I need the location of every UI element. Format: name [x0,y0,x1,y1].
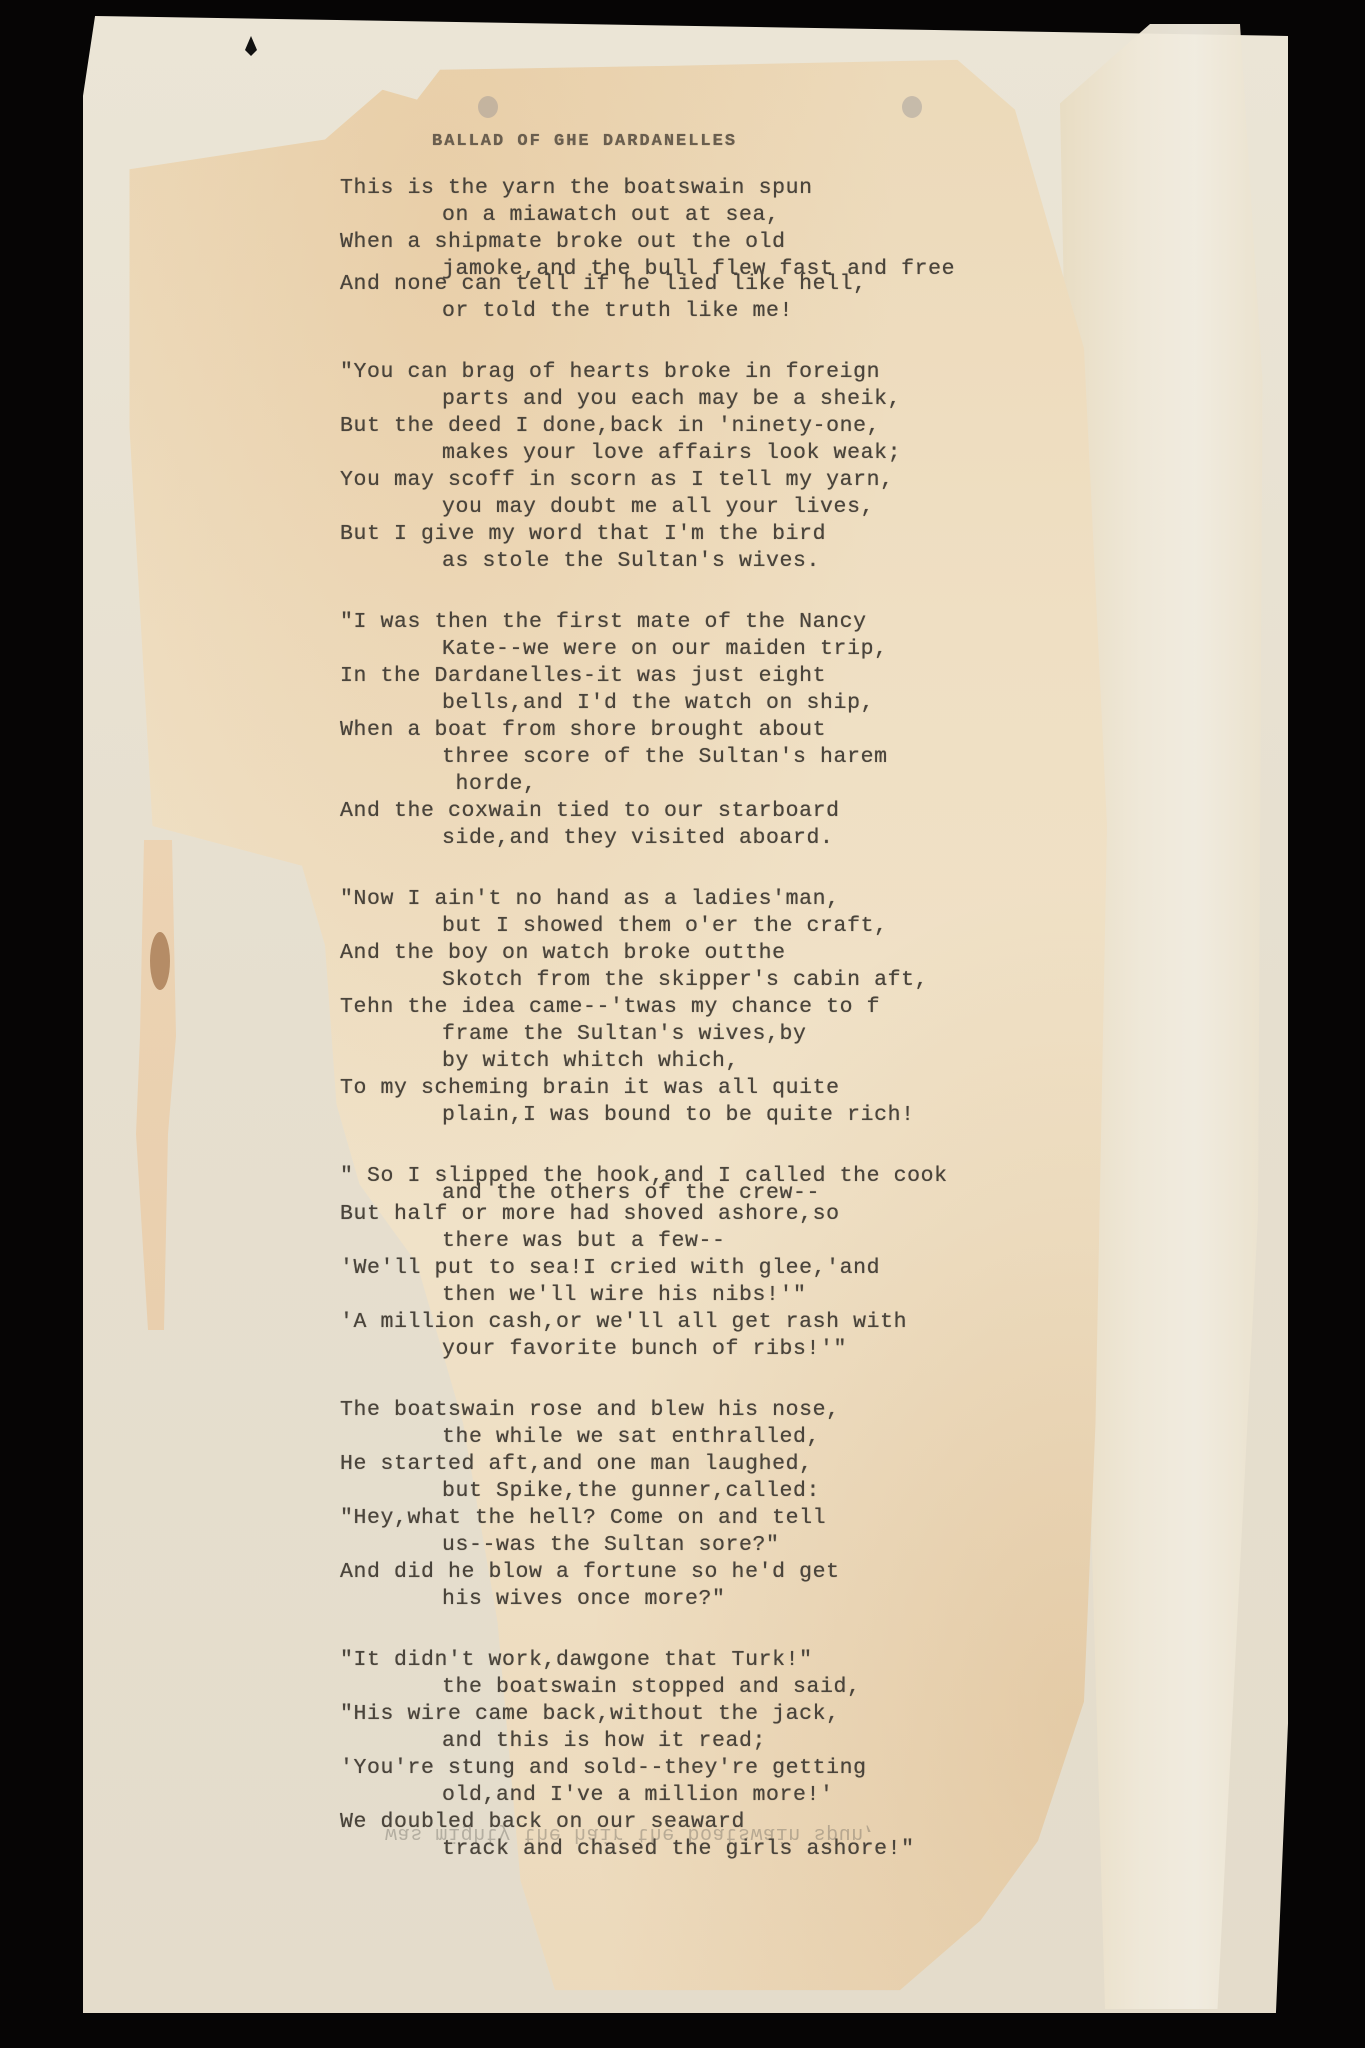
mirrored-bleed-through-text: was mighty the hair the boatswain spun, [385,1822,876,1845]
poem-line: When a shipmate broke out the old [340,229,1100,256]
poem-line: 'A million cash,or we'll all get rash wi… [340,1309,1100,1336]
poem-line: And did he blow a fortune so he'd get [340,1559,1100,1586]
poem-line: the boatswain stopped and said, [340,1674,1100,1701]
poem-line-struck: by witch whitch which, [340,1048,1100,1075]
poem-line: and this is how it read; [340,1728,1100,1755]
poem-line: parts and you each may be a sheik, [340,386,1100,413]
poem-line: And the coxwain tied to our starboard [340,798,1100,825]
poem-line: three score of the Sultan's harem [340,744,1100,771]
poem-line: bells,and I'd the watch on ship, [340,690,1100,717]
poem-line: You may scoff in scorn as I tell my yarn… [340,467,1100,494]
poem-body: BALLAD OF GHE DARDANELLES This is the ya… [340,128,1100,1889]
poem-line: But half or more had shoved ashore,so [340,1201,1100,1228]
poem-line: The boatswain rose and blew his nose, [340,1397,1100,1424]
poem-line: "It didn't work,dawgone that Turk!" [340,1647,1100,1674]
poem-line: the while we sat enthralled, [340,1424,1100,1451]
stanza-2: "You can brag of hearts broke in foreign… [340,359,1100,575]
poem-line: your favorite bunch of ribs!'" [340,1336,1100,1363]
poem-line: makes your love affairs look weak; [340,440,1100,467]
poem-line: 'You're stung and sold--they're getting [340,1755,1100,1782]
poem-line: but Spike,the gunner,called: [340,1478,1100,1505]
poem-line: or told the truth like me! [340,298,1100,325]
poem-line: When a boat from shore brought about [340,717,1100,744]
ink-smudge-left [478,96,498,118]
stanza-5: " So I slipped the hook,and I called the… [340,1163,1100,1363]
poem-line: then we'll wire his nibs!'" [340,1282,1100,1309]
poem-line: horde, [340,771,1100,798]
poem-line: plain,I was bound to be quite rich! [340,1102,1100,1129]
photo-background: BALLAD OF GHE DARDANELLES This is the ya… [0,0,1365,2048]
poem-line: 'We'll put to sea!I cried with glee,'and [340,1255,1100,1282]
poem-line: To my scheming brain it was all quite [340,1075,1100,1102]
poem-line: And none can tell if he lied like hell, [340,271,1100,298]
poem-line: And the boy on watch broke outthe [340,940,1100,967]
poem-line: But I give my word that I'm the bird [340,521,1100,548]
poem-line: his wives once more?" [340,1586,1100,1613]
stanza-3: "I was then the first mate of the Nancy … [340,609,1100,852]
rust-stain [150,932,170,990]
poem-line: side,and they visited aboard. [340,825,1100,852]
ink-smudge-right [902,96,922,118]
poem-line: us--was the Sultan sore?" [340,1532,1100,1559]
stanza-1: This is the yarn the boatswain spun on a… [340,175,1100,325]
poem-line: "Now I ain't no hand as a ladies'man, [340,886,1100,913]
stanza-4: "Now I ain't no hand as a ladies'man, bu… [340,886,1100,1129]
poem-line: on a miawatch out at sea, [340,202,1100,229]
poem-line: Tehn the idea came--'twas my chance to f [340,994,1100,1021]
poem-line: Skotch from the skipper's cabin aft, [340,967,1100,994]
poem-line: "Hey,what the hell? Come on and tell [340,1505,1100,1532]
poem-line: This is the yarn the boatswain spun [340,175,1100,202]
poem-line: "I was then the first mate of the Nancy [340,609,1100,636]
stanza-6: The boatswain rose and blew his nose, th… [340,1397,1100,1613]
poem-line: as stole the Sultan's wives. [340,548,1100,575]
poem-line: He started aft,and one man laughed, [340,1451,1100,1478]
poem-line: old,and I've a million more!' [340,1782,1100,1809]
poem-line: there was but a few-- [340,1228,1100,1255]
poem-title: BALLAD OF GHE DARDANELLES [432,128,1100,155]
poem-line: In the Dardanelles-it was just eight [340,663,1100,690]
poem-line: "You can brag of hearts broke in foreign [340,359,1100,386]
poem-line: frame the Sultan's wives,by [340,1021,1100,1048]
poem-line: "His wire came back,without the jack, [340,1701,1100,1728]
poem-line: you may doubt me all your lives, [340,494,1100,521]
poem-line: Kate--we were on our maiden trip, [340,636,1100,663]
poem-line: But the deed I done,back in 'ninety-one, [340,413,1100,440]
poem-line: but I showed them o'er the craft, [340,913,1100,940]
